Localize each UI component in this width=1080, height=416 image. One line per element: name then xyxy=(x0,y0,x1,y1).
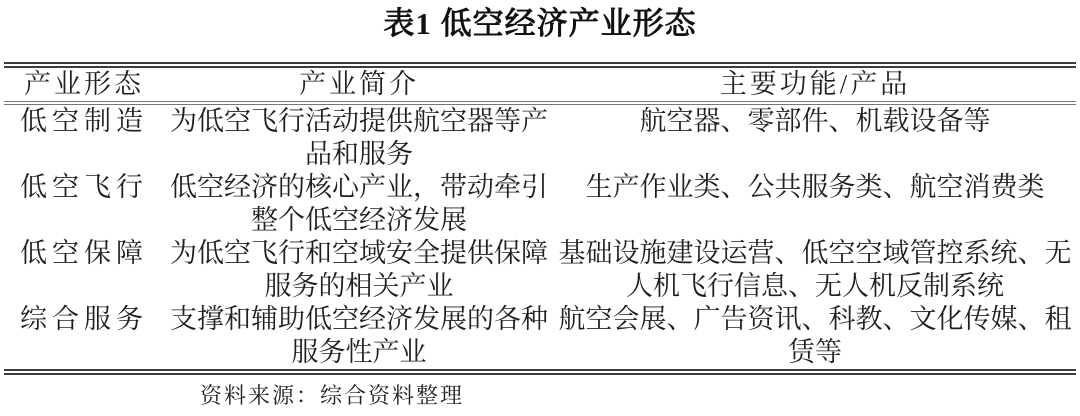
header-row: 产业形态 产业简介 主要功能/产品 xyxy=(4,65,1076,103)
cell-industry-intro: 为低空飞行和空域安全提供保障服务的相关产业 xyxy=(164,237,554,303)
cell-industry-form: 低空制造 xyxy=(4,103,164,171)
industry-table: 产业形态 产业简介 主要功能/产品 低空制造 为低空飞行活动提供航空器等产品和服… xyxy=(4,62,1076,375)
cell-main-products: 基础设施建设运营、低空空域管控系统、无人机飞行信息、无人机反制系统 xyxy=(554,237,1076,303)
header-industry-intro: 产业简介 xyxy=(164,65,554,103)
cell-industry-intro: 为低空飞行活动提供航空器等产品和服务 xyxy=(164,103,554,171)
document-page: 表1 低空经济产业形态 产业形态 产业简介 主要功能/产品 低空制造 为低空飞行… xyxy=(0,6,1080,416)
header-industry-form: 产业形态 xyxy=(4,65,164,103)
cell-main-products: 航空会展、广告资讯、科教、文化传媒、租赁等 xyxy=(554,303,1076,372)
cell-main-products: 生产作业类、公共服务类、航空消费类 xyxy=(554,171,1076,237)
cell-industry-form: 低空保障 xyxy=(4,237,164,303)
header-main-products: 主要功能/产品 xyxy=(554,65,1076,103)
cell-industry-form: 综合服务 xyxy=(4,303,164,372)
cell-main-products: 航空器、零部件、机载设备等 xyxy=(554,103,1076,171)
cell-industry-intro: 支撑和辅助低空经济发展的各种服务性产业 xyxy=(164,303,554,372)
table-row-flight: 低空飞行 低空经济的核心产业，带动牵引整个低空经济发展 生产作业类、公共服务类、… xyxy=(4,171,1076,237)
source-note: 资料来源：综合资料整理 xyxy=(0,383,1080,409)
table-row-manufacturing: 低空制造 为低空飞行活动提供航空器等产品和服务 航空器、零部件、机载设备等 xyxy=(4,103,1076,171)
cell-industry-form: 低空飞行 xyxy=(4,171,164,237)
table-row-support: 低空保障 为低空飞行和空域安全提供保障服务的相关产业 基础设施建设运营、低空空域… xyxy=(4,237,1076,303)
table-title: 表1 低空经济产业形态 xyxy=(0,6,1080,42)
table-row-services: 综合服务 支撑和辅助低空经济发展的各种服务性产业 航空会展、广告资讯、科教、文化… xyxy=(4,303,1076,372)
cell-industry-intro: 低空经济的核心产业，带动牵引整个低空经济发展 xyxy=(164,171,554,237)
